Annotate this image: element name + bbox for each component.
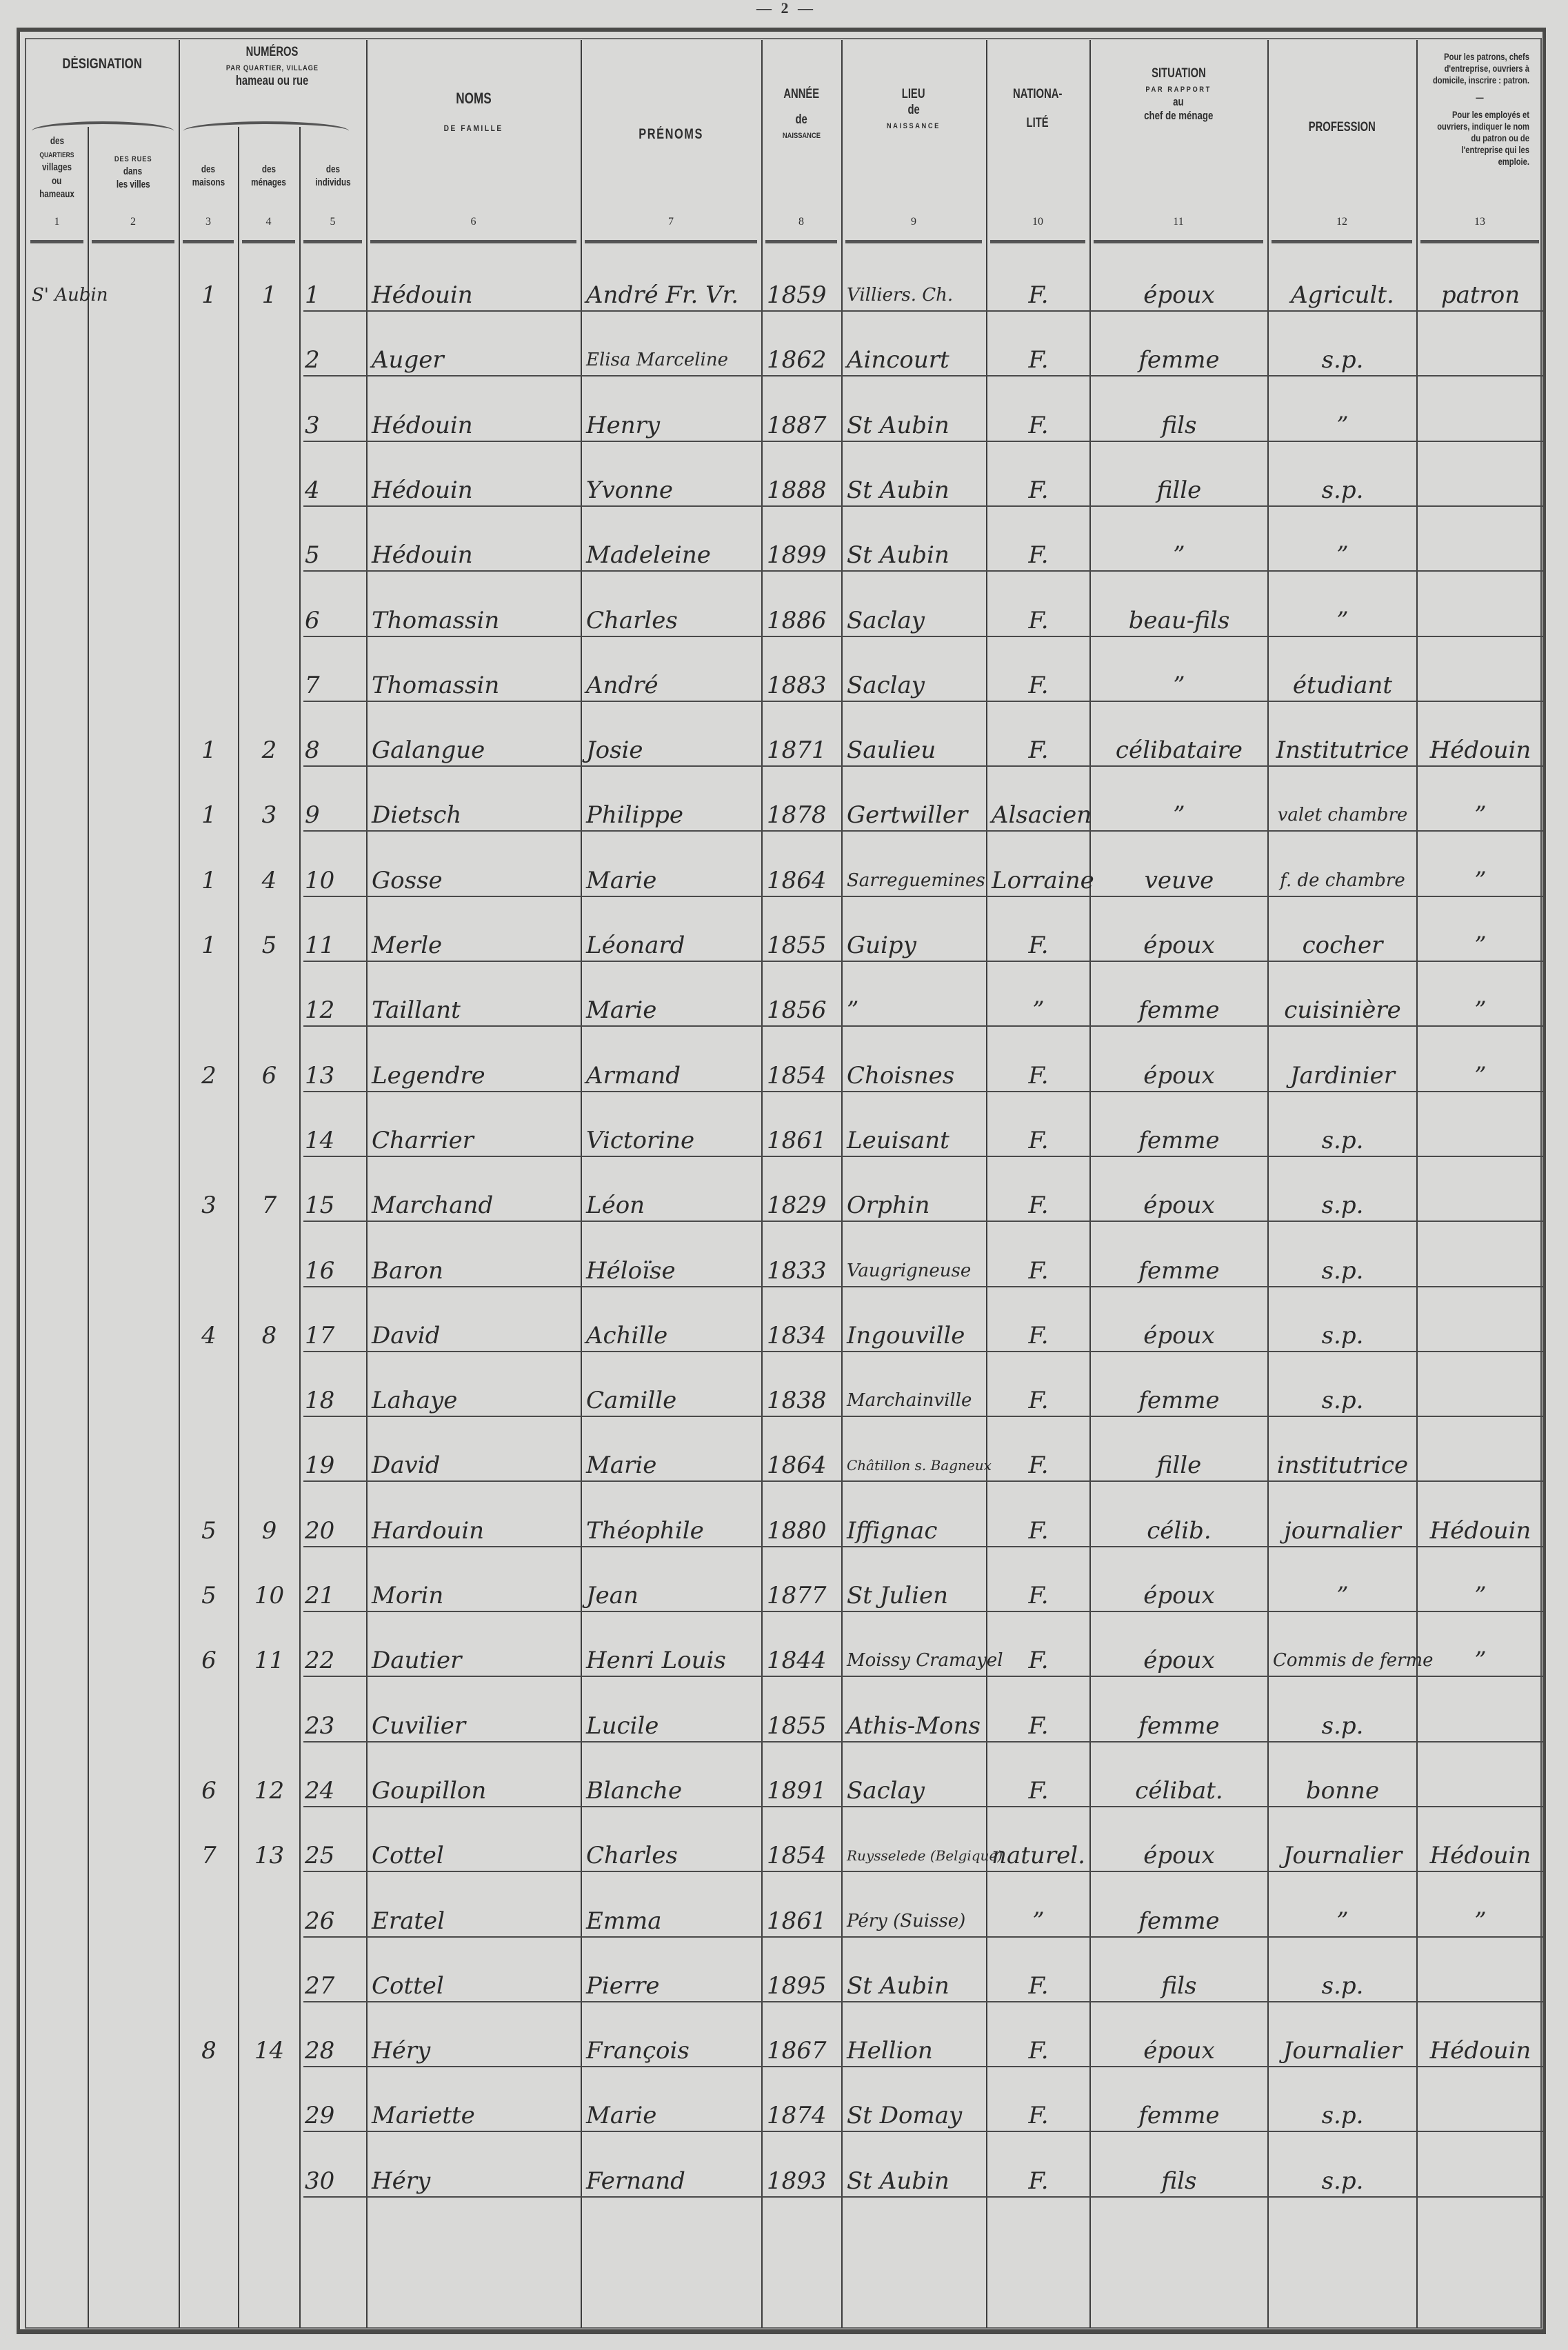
cell-maison: 3 bbox=[184, 1192, 234, 1219]
header-rule bbox=[183, 240, 234, 243]
cell-individu: 1 bbox=[305, 281, 362, 309]
cell-nom: Thomassin bbox=[372, 672, 576, 699]
cell-situation: ” bbox=[1095, 801, 1263, 829]
cell-prenom: Léonard bbox=[586, 932, 757, 959]
cell-prenom: Madeleine bbox=[586, 541, 757, 569]
cell-maison: 2 bbox=[184, 1062, 234, 1089]
cell-lieu: Sarreguemines bbox=[847, 867, 982, 894]
col4-line1: des bbox=[261, 163, 275, 176]
row-rule bbox=[303, 830, 1543, 832]
cell-nationalite: F. bbox=[992, 1972, 1085, 2000]
row-rule bbox=[303, 310, 1543, 312]
col11-line4: chef de ménage bbox=[1144, 109, 1213, 123]
cell-nationalite: F. bbox=[992, 2037, 1085, 2065]
col8-line1: ANNÉE bbox=[783, 87, 819, 103]
header-rule bbox=[242, 240, 295, 243]
col10-line2: LITÉ bbox=[1027, 116, 1049, 132]
cell-situation: célib. bbox=[1095, 1517, 1263, 1545]
cell-nom: Dautier bbox=[372, 1647, 576, 1674]
cell-lieu: St Aubin bbox=[847, 412, 982, 439]
cell-annee: 1834 bbox=[767, 1322, 837, 1349]
col8-line3: NAISSANCE bbox=[782, 132, 820, 141]
cell-profession: Institutrice bbox=[1273, 736, 1412, 764]
cell-profession: s.p. bbox=[1273, 1712, 1412, 1740]
cell-maison: 6 bbox=[184, 1647, 234, 1674]
cell-prenom: Marie bbox=[586, 996, 757, 1024]
cell-nationalite: F. bbox=[992, 541, 1085, 569]
column-number: 7 bbox=[581, 215, 761, 228]
cell-annee: 1888 bbox=[767, 476, 837, 504]
col1-line2: QUARTIERS bbox=[39, 152, 74, 160]
header-rule bbox=[1272, 240, 1412, 243]
row-rule bbox=[303, 1416, 1543, 1417]
header-col9: LIEU de NAISSANCE bbox=[841, 87, 986, 132]
cell-nom: David bbox=[372, 1322, 576, 1349]
cell-situation: époux bbox=[1095, 281, 1263, 309]
header-col13: Pour les patrons, chefs d'entreprise, ou… bbox=[1418, 51, 1542, 168]
cell-prenom: Henry bbox=[586, 412, 757, 439]
cell-nationalite: F. bbox=[992, 1127, 1085, 1154]
cell-individu: 27 bbox=[305, 1972, 362, 2000]
cell-profession: ” bbox=[1273, 541, 1412, 569]
cell-menage: 1 bbox=[243, 281, 295, 309]
cell-annee: 1874 bbox=[767, 2102, 837, 2129]
header-rule bbox=[303, 240, 362, 243]
cell-prenom: Josie bbox=[586, 736, 757, 764]
col5-line2: individus bbox=[315, 177, 350, 189]
cell-nom: Marchand bbox=[372, 1192, 576, 1219]
cell-maison: 4 bbox=[184, 1322, 234, 1349]
cell-annee: 1867 bbox=[767, 2037, 837, 2065]
cell-maison: 5 bbox=[184, 1582, 234, 1609]
row-rule bbox=[303, 2131, 1543, 2132]
cell-menage: 2 bbox=[243, 736, 295, 764]
col11-line2: PAR RAPPORT bbox=[1145, 86, 1211, 94]
cell-nom: Charrier bbox=[372, 1127, 576, 1154]
col7-line1: PRÉNOMS bbox=[639, 125, 703, 143]
cell-lieu: Marchainville bbox=[847, 1387, 982, 1414]
row-rule bbox=[303, 896, 1543, 897]
cell-lieu: Saulieu bbox=[847, 736, 982, 764]
cell-nationalite: F. bbox=[992, 1322, 1085, 1349]
cell-situation: célibataire bbox=[1095, 736, 1263, 764]
cell-nom: Hédouin bbox=[372, 476, 576, 504]
col3-line2: maisons bbox=[192, 177, 224, 189]
cell-maison: 1 bbox=[184, 801, 234, 829]
cell-annee: 1854 bbox=[767, 1062, 837, 1089]
row-rule bbox=[303, 1221, 1543, 1222]
cell-individu: 2 bbox=[305, 346, 362, 374]
col1-line5: hameaux bbox=[39, 188, 74, 201]
cell-annee: 1861 bbox=[767, 1127, 837, 1154]
cell-menage: 8 bbox=[243, 1322, 295, 1349]
cell-annee: 1838 bbox=[767, 1387, 837, 1414]
cell-nationalite: F. bbox=[992, 1777, 1085, 1805]
row-rule bbox=[303, 1936, 1543, 1938]
cell-lieu: Ruysselede (Belgique) bbox=[847, 1842, 982, 1869]
cell-lieu: ” bbox=[847, 996, 982, 1024]
cell-situation: époux bbox=[1095, 1647, 1263, 1674]
cell-prenom: Camille bbox=[586, 1387, 757, 1414]
column-divider bbox=[88, 127, 89, 2328]
cell-menage: 11 bbox=[243, 1647, 295, 1674]
cell-situation: époux bbox=[1095, 1582, 1263, 1609]
cell-profession: s.p. bbox=[1273, 1322, 1412, 1349]
cell-lieu: Choisnes bbox=[847, 1062, 982, 1089]
cell-prenom: Léon bbox=[586, 1192, 757, 1219]
col13-note-patrons: Pour les patrons, chefs d'entreprise, ou… bbox=[1430, 51, 1529, 86]
cell-lieu: Saclay bbox=[847, 607, 982, 634]
cell-nom: Thomassin bbox=[372, 607, 576, 634]
cell-nom: Lahaye bbox=[372, 1387, 576, 1414]
cell-situation: femme bbox=[1095, 1387, 1263, 1414]
cell-menage: 6 bbox=[243, 1062, 295, 1089]
cell-individu: 14 bbox=[305, 1127, 362, 1154]
cell-annee: 1895 bbox=[767, 1972, 837, 2000]
numeros-subtitle2: hameau ou rue bbox=[236, 74, 308, 90]
cell-prenom: Marie bbox=[586, 2102, 757, 2129]
cell-situation: fille bbox=[1095, 1452, 1263, 1479]
cell-profession: cuisinière bbox=[1273, 996, 1412, 1024]
cell-individu: 17 bbox=[305, 1322, 362, 1349]
cell-nom: Taillant bbox=[372, 996, 576, 1024]
cell-profession: f. de chambre bbox=[1273, 867, 1412, 894]
row-rule bbox=[303, 636, 1543, 637]
row-rule bbox=[303, 701, 1543, 702]
cell-nationalite: F. bbox=[992, 1582, 1085, 1609]
cell-profession: s.p. bbox=[1273, 2167, 1412, 2195]
cell-individu: 29 bbox=[305, 2102, 362, 2129]
column-divider bbox=[841, 40, 843, 2328]
designation-title: DÉSIGNATION bbox=[63, 55, 142, 72]
column-number: 9 bbox=[841, 215, 986, 228]
column-number: 3 bbox=[179, 215, 238, 228]
column-divider bbox=[986, 40, 987, 2328]
cell-patron: ” bbox=[1422, 996, 1539, 1024]
cell-lieu: St Aubin bbox=[847, 1972, 982, 2000]
cell-individu: 3 bbox=[305, 412, 362, 439]
cell-annee: 1886 bbox=[767, 607, 837, 634]
cell-nom: Hédouin bbox=[372, 412, 576, 439]
cell-profession: ” bbox=[1273, 1582, 1412, 1609]
cell-maison: 5 bbox=[184, 1517, 234, 1545]
cell-prenom: Elisa Marceline bbox=[586, 346, 757, 374]
header-rule bbox=[990, 240, 1085, 243]
column-number: 1 bbox=[26, 215, 88, 228]
cell-patron: ” bbox=[1422, 867, 1539, 894]
cell-patron: Hédouin bbox=[1422, 2037, 1539, 2065]
cell-annee: 1859 bbox=[767, 281, 837, 309]
cell-nationalite: ” bbox=[992, 1907, 1085, 1935]
row-rule bbox=[303, 1025, 1543, 1027]
column-number: 4 bbox=[238, 215, 299, 228]
column-divider bbox=[581, 40, 582, 2328]
col10-line1: NATIONA- bbox=[1013, 87, 1062, 103]
cell-nom: Mariette bbox=[372, 2102, 576, 2129]
cell-profession: s.p. bbox=[1273, 1127, 1412, 1154]
cell-nom: Cottel bbox=[372, 1842, 576, 1869]
cell-lieu: Iffignac bbox=[847, 1517, 982, 1545]
col9-line3: NAISSANCE bbox=[887, 122, 941, 131]
cell-situation: femme bbox=[1095, 1712, 1263, 1740]
cell-nationalite: F. bbox=[992, 932, 1085, 959]
cell-patron: ” bbox=[1422, 1062, 1539, 1089]
cell-annee: 1883 bbox=[767, 672, 837, 699]
cell-individu: 25 bbox=[305, 1842, 362, 1869]
cell-individu: 7 bbox=[305, 672, 362, 699]
cell-lieu: St Aubin bbox=[847, 2167, 982, 2195]
header-col6: NOMS DE FAMILLE bbox=[366, 90, 581, 134]
cell-maison: 1 bbox=[184, 867, 234, 894]
cell-lieu: St Aubin bbox=[847, 541, 982, 569]
row-rule bbox=[303, 2066, 1543, 2067]
column-divider bbox=[299, 127, 301, 2328]
cell-annee: 1878 bbox=[767, 801, 837, 829]
cell-nom: Hédouin bbox=[372, 281, 576, 309]
header-col11: SITUATION PAR RAPPORT au chef de ménage bbox=[1089, 66, 1267, 123]
cell-patron: ” bbox=[1422, 932, 1539, 959]
header-col4: des ménages bbox=[238, 163, 299, 189]
cell-situation: beau-fils bbox=[1095, 607, 1263, 634]
header-designation: DÉSIGNATION bbox=[26, 55, 179, 72]
cell-annee: 1855 bbox=[767, 932, 837, 959]
cell-nom: Eratel bbox=[372, 1907, 576, 1935]
header-col2: DES RUES dans les villes bbox=[88, 152, 179, 192]
cell-nationalite: F. bbox=[992, 346, 1085, 374]
cell-patron: ” bbox=[1422, 1907, 1539, 1935]
cell-patron: ” bbox=[1422, 801, 1539, 829]
header-numeros: NUMÉROS PAR QUARTIER, VILLAGE hameau ou … bbox=[179, 45, 366, 90]
cell-situation: époux bbox=[1095, 2037, 1263, 2065]
cell-prenom: André bbox=[586, 672, 757, 699]
column-number: 12 bbox=[1267, 215, 1416, 228]
cell-situation: fils bbox=[1095, 2167, 1263, 2195]
cell-nationalite: Lorraine bbox=[992, 867, 1085, 894]
cell-prenom: Fernand bbox=[586, 2167, 757, 2195]
column-divider bbox=[238, 127, 239, 2328]
cell-lieu: Châtillon s. Bagneux bbox=[847, 1452, 982, 1479]
cell-patron: Hédouin bbox=[1422, 1517, 1539, 1545]
cell-nom: Merle bbox=[372, 932, 576, 959]
header-col8: ANNÉE de NAISSANCE bbox=[761, 87, 841, 141]
cell-profession: journalier bbox=[1273, 1517, 1412, 1545]
cell-individu: 8 bbox=[305, 736, 362, 764]
cell-nom: Legendre bbox=[372, 1062, 576, 1089]
cell-situation: époux bbox=[1095, 1842, 1263, 1869]
cell-prenom: Héloïse bbox=[586, 1257, 757, 1285]
row-rule bbox=[303, 1351, 1543, 1352]
row-rule bbox=[303, 1806, 1543, 1807]
cell-profession: s.p. bbox=[1273, 2102, 1412, 2129]
cell-menage: 12 bbox=[243, 1777, 295, 1805]
row-rule bbox=[303, 1156, 1543, 1157]
cell-profession: s.p. bbox=[1273, 1257, 1412, 1285]
cell-menage: 10 bbox=[243, 1582, 295, 1609]
cell-lieu: Aincourt bbox=[847, 346, 982, 374]
numeros-title: NUMÉROS bbox=[246, 45, 299, 61]
cell-prenom: André Fr. Vr. bbox=[586, 281, 757, 309]
cell-prenom: Emma bbox=[586, 1907, 757, 1935]
cell-lieu: Leuisant bbox=[847, 1127, 982, 1154]
cell-prenom: Yvonne bbox=[586, 476, 757, 504]
cell-nom: Baron bbox=[372, 1257, 576, 1285]
cell-nom: Auger bbox=[372, 346, 576, 374]
cell-nom: Hardouin bbox=[372, 1517, 576, 1545]
cell-profession: ” bbox=[1273, 607, 1412, 634]
cell-menage: 14 bbox=[243, 2037, 295, 2065]
cell-situation: femme bbox=[1095, 1257, 1263, 1285]
cell-situation: femme bbox=[1095, 346, 1263, 374]
cell-situation: époux bbox=[1095, 1062, 1263, 1089]
header-rule bbox=[370, 240, 576, 243]
cell-prenom: Victorine bbox=[586, 1127, 757, 1154]
header-rule bbox=[1094, 240, 1263, 243]
col11-line3: au bbox=[1173, 95, 1183, 109]
cell-nom: David bbox=[372, 1452, 576, 1479]
cell-lieu: Gertwiller bbox=[847, 801, 982, 829]
page-number: — 2 — bbox=[717, 0, 855, 17]
cell-profession: s.p. bbox=[1273, 476, 1412, 504]
cell-prenom: Achille bbox=[586, 1322, 757, 1349]
cell-annee: 1893 bbox=[767, 2167, 837, 2195]
cell-maison: 8 bbox=[184, 2037, 234, 2065]
col2-line2: dans bbox=[123, 165, 142, 178]
cell-menage: 9 bbox=[243, 1517, 295, 1545]
cell-menage: 5 bbox=[243, 932, 295, 959]
cell-individu: 6 bbox=[305, 607, 362, 634]
cell-annee: 1891 bbox=[767, 1777, 837, 1805]
cell-profession: s.p. bbox=[1273, 1192, 1412, 1219]
cell-quartier: S' Aubin bbox=[32, 281, 83, 309]
cell-maison: 1 bbox=[184, 736, 234, 764]
cell-nationalite: Alsacien bbox=[992, 801, 1085, 829]
col6-line2: DE FAMILLE bbox=[443, 123, 503, 133]
cell-nationalite: F. bbox=[992, 607, 1085, 634]
cell-nationalite: F. bbox=[992, 1257, 1085, 1285]
row-rule bbox=[303, 765, 1543, 767]
header-col5: des individus bbox=[299, 163, 366, 189]
cell-situation: veuve bbox=[1095, 867, 1263, 894]
header-rule bbox=[92, 240, 174, 243]
cell-patron: ” bbox=[1422, 1582, 1539, 1609]
cell-annee: 1871 bbox=[767, 736, 837, 764]
cell-nationalite: naturel. bbox=[992, 1842, 1085, 1869]
cell-individu: 30 bbox=[305, 2167, 362, 2195]
cell-nationalite: F. bbox=[992, 412, 1085, 439]
row-rule bbox=[303, 1741, 1543, 1743]
col2-line1: DES RUES bbox=[114, 155, 152, 164]
cell-nom: Cuvilier bbox=[372, 1712, 576, 1740]
cell-nationalite: F. bbox=[992, 1647, 1085, 1674]
cell-nom: Héry bbox=[372, 2037, 576, 2065]
cell-profession: s.p. bbox=[1273, 1387, 1412, 1414]
col1-line3: villages bbox=[42, 161, 72, 174]
cell-nationalite: ” bbox=[992, 996, 1085, 1024]
column-divider bbox=[366, 40, 368, 2328]
cell-individu: 15 bbox=[305, 1192, 362, 1219]
cell-nationalite: F. bbox=[992, 2102, 1085, 2129]
cell-nom: Galangue bbox=[372, 736, 576, 764]
cell-nationalite: F. bbox=[992, 1192, 1085, 1219]
column-divider bbox=[1089, 40, 1091, 2328]
cell-profession: étudiant bbox=[1273, 672, 1412, 699]
col9-line1: LIEU bbox=[902, 87, 925, 103]
cell-profession: s.p. bbox=[1273, 1972, 1412, 2000]
column-number: 8 bbox=[761, 215, 841, 228]
cell-individu: 24 bbox=[305, 1777, 362, 1805]
cell-situation: femme bbox=[1095, 996, 1263, 1024]
cell-nationalite: F. bbox=[992, 1452, 1085, 1479]
cell-lieu: Péry (Suisse) bbox=[847, 1907, 982, 1935]
row-rule bbox=[303, 2196, 1543, 2198]
column-divider bbox=[1267, 40, 1269, 2328]
column-number: 6 bbox=[366, 215, 581, 228]
cell-nationalite: F. bbox=[992, 2167, 1085, 2195]
cell-prenom: Lucile bbox=[586, 1712, 757, 1740]
row-rule bbox=[303, 505, 1543, 507]
cell-annee: 1833 bbox=[767, 1257, 837, 1285]
header-col12: PROFESSION bbox=[1267, 120, 1416, 136]
cell-patron: patron bbox=[1422, 281, 1539, 309]
cell-annee: 1880 bbox=[767, 1517, 837, 1545]
cell-situation: ” bbox=[1095, 541, 1263, 569]
cell-prenom: Henri Louis bbox=[586, 1647, 757, 1674]
column-number: 13 bbox=[1416, 215, 1543, 228]
cell-prenom: Blanche bbox=[586, 1777, 757, 1805]
cell-individu: 13 bbox=[305, 1062, 362, 1089]
cell-nom: Hédouin bbox=[372, 541, 576, 569]
cell-situation: célibat. bbox=[1095, 1777, 1263, 1805]
cell-situation: fils bbox=[1095, 1972, 1263, 2000]
cell-profession: institutrice bbox=[1273, 1452, 1412, 1479]
cell-nationalite: F. bbox=[992, 672, 1085, 699]
cell-annee: 1854 bbox=[767, 1842, 837, 1869]
cell-lieu: Vaugrigneuse bbox=[847, 1257, 982, 1285]
cell-individu: 21 bbox=[305, 1582, 362, 1609]
col13-note-employes: Pour les employés et ouvriers, indiquer … bbox=[1430, 109, 1529, 168]
cell-lieu: Moissy Cramayel bbox=[847, 1647, 982, 1674]
cell-prenom: Pierre bbox=[586, 1972, 757, 2000]
cell-nom: Héry bbox=[372, 2167, 576, 2195]
cell-profession: cocher bbox=[1273, 932, 1412, 959]
cell-individu: 22 bbox=[305, 1647, 362, 1674]
cell-annee: 1856 bbox=[767, 996, 837, 1024]
cell-individu: 19 bbox=[305, 1452, 362, 1479]
cell-lieu: Guipy bbox=[847, 932, 982, 959]
col13-dash: — bbox=[1430, 92, 1529, 103]
cell-nom: Goupillon bbox=[372, 1777, 576, 1805]
cell-lieu: Athis-Mons bbox=[847, 1712, 982, 1740]
column-divider bbox=[179, 40, 180, 2328]
header-rule bbox=[1420, 240, 1539, 243]
cell-annee: 1864 bbox=[767, 1452, 837, 1479]
cell-nom: Cottel bbox=[372, 1972, 576, 2000]
row-rule bbox=[303, 1871, 1543, 1872]
col9-line2: de bbox=[907, 103, 919, 119]
cell-nationalite: F. bbox=[992, 476, 1085, 504]
cell-nom: Gosse bbox=[372, 867, 576, 894]
cell-lieu: St Domay bbox=[847, 2102, 982, 2129]
row-rule bbox=[303, 570, 1543, 572]
col2-line3: les villes bbox=[117, 179, 150, 191]
cell-situation: fille bbox=[1095, 476, 1263, 504]
column-number: 5 bbox=[299, 215, 366, 228]
cell-lieu: St Julien bbox=[847, 1582, 982, 1609]
header-rule bbox=[765, 240, 837, 243]
cell-profession: Jardinier bbox=[1273, 1062, 1412, 1089]
cell-situation: femme bbox=[1095, 1127, 1263, 1154]
cell-prenom: Charles bbox=[586, 1842, 757, 1869]
